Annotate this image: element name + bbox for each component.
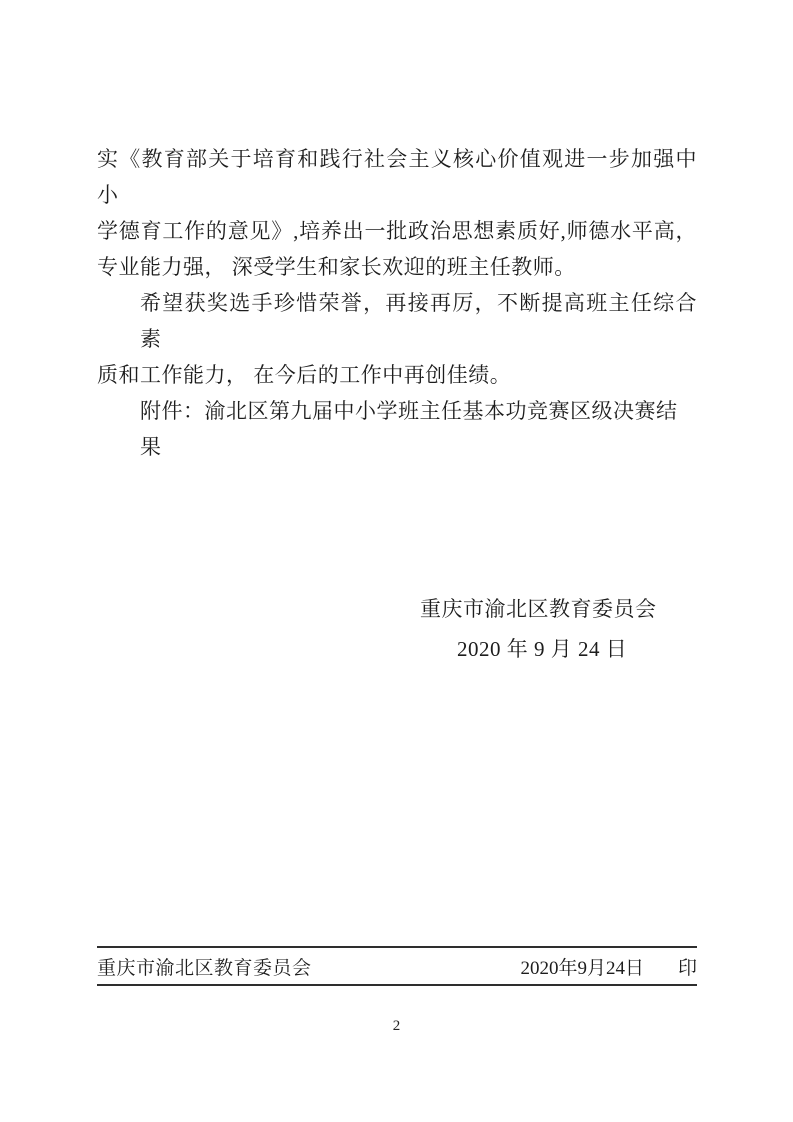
body-line: 希望获奖选手珍惜荣誉，再接再厉，不断提高班主任综合素	[97, 285, 697, 357]
signature-org: 重庆市渝北区教育委员会	[420, 591, 657, 627]
body-line: 专业能力强， 深受学生和家长欢迎的班主任教师。	[97, 249, 697, 285]
footer-date-print: 2020年9月24日印	[520, 953, 697, 980]
document-body: 实《教育部关于培育和践行社会主义核心价值观进一步加强中小 学德育工作的意见》,培…	[97, 141, 697, 465]
page-number: 2	[0, 1018, 793, 1035]
footer-date: 2020年9月24日	[520, 958, 644, 979]
body-line: 学德育工作的意见》,培养出一批政治思想素质好,师德水平高，	[97, 213, 697, 249]
footer-issuer: 重庆市渝北区教育委员会	[97, 953, 312, 980]
document-footer: 重庆市渝北区教育委员会 2020年9月24日印	[97, 946, 697, 986]
signature-date: 2020 年 9 月 24 日	[457, 631, 627, 667]
attachment-line: 附件：渝北区第九届中小学班主任基本功竞赛区级决赛结果	[97, 393, 697, 465]
footer-print-label: 印	[678, 953, 697, 980]
body-line: 质和工作能力， 在今后的工作中再创佳绩。	[97, 357, 697, 393]
body-line: 实《教育部关于培育和践行社会主义核心价值观进一步加强中小	[97, 141, 697, 213]
document-page: 实《教育部关于培育和践行社会主义核心价值观进一步加强中小 学德育工作的意见》,培…	[0, 0, 793, 1122]
